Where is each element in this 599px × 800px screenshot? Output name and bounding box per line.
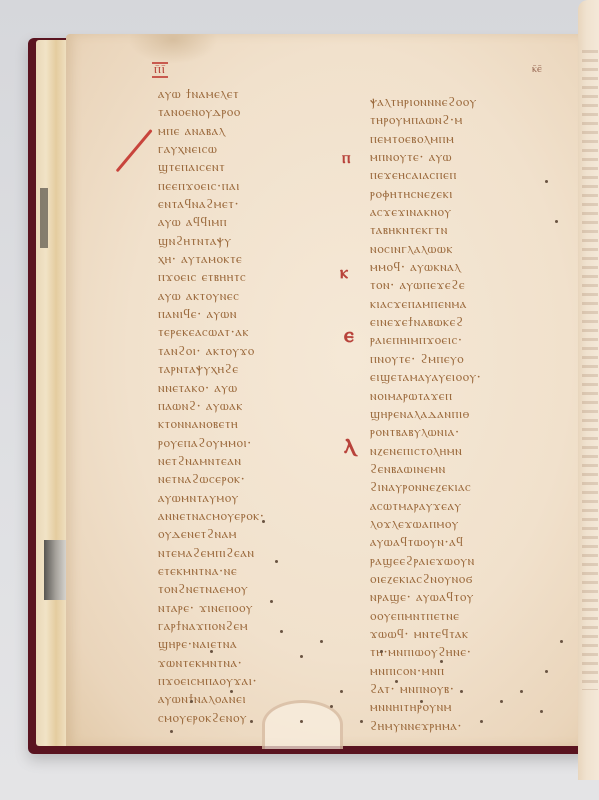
text-line: ⲧⲁⲣⲛⲧⲁⲯⲩⲭⲏϩⲉ bbox=[158, 361, 264, 379]
text-line: ⲛⲟⲥⲓⲛⲅⲗⲁⲗⲱⲱⲕ bbox=[370, 241, 481, 259]
text-line: ⲙⲡⲉ ⲁⲛⲁⲃⲁⲗ bbox=[158, 123, 264, 141]
wormhole-dot bbox=[210, 650, 213, 653]
text-line: ϫⲱⲛⲧⲉⲕⲙⲛⲧⲛⲁ· bbox=[158, 655, 264, 673]
wormhole-dot bbox=[300, 720, 303, 723]
text-line: ϣⲧⲉⲡⲁⲓⲥⲉⲛⲧ bbox=[158, 159, 264, 177]
text-line: ⲣⲟⲫⲏⲧⲏⲥⲛⲉⲍⲉⲕⲓ bbox=[370, 186, 481, 204]
text-line: ϣⲛϩⲏⲧⲛⲧⲁⲯⲩ bbox=[158, 233, 264, 251]
marginal-initial-1: ⲡ bbox=[342, 148, 350, 168]
wormhole-dot bbox=[395, 680, 398, 683]
text-line: ⲟⲟⲩⲉⲡⲙⲛⲧⲡⲉⲧⲛⲉ bbox=[370, 608, 481, 626]
wormhole-dot bbox=[420, 700, 423, 703]
wormhole-dot bbox=[280, 630, 283, 633]
text-line: ⲛⲛⲉⲧⲁⲕⲟ· ⲁⲩⲱ bbox=[158, 380, 264, 398]
text-line: ϩⲏⲙⲩⲛⲛⲉϫⲣⲏⲙⲁ· bbox=[370, 718, 481, 736]
wormhole-dot bbox=[330, 705, 333, 708]
wormhole-dot bbox=[250, 720, 253, 723]
text-line: ϣⲏⲣⲉⲛⲁⲗⲁⲇⲁⲛⲡⲓⲑ bbox=[370, 406, 481, 424]
text-line: ⲗⲟϫⲗⲉϫⲱⲁⲡⲙⲟⲩ bbox=[370, 516, 481, 534]
text-line: ⲡⲉϫⲉⲏⲥⲁⲓⲁⲥⲡⲉⲡ bbox=[370, 167, 481, 185]
wormhole-dot bbox=[320, 640, 323, 643]
wormhole-dot bbox=[360, 720, 363, 723]
text-line: ⲧⲁⲃⲏⲕⲛⲧⲉⲕⲅⲧⲛ bbox=[370, 222, 481, 240]
wormhole-dot bbox=[545, 670, 548, 673]
wormhole-dot bbox=[230, 690, 233, 693]
text-line: ⲛⲣⲁϣⲉ· ⲁⲩⲱⲁϥⲧⲟⲩ bbox=[370, 589, 481, 607]
text-line: ⲟⲩⲇⲉⲛⲉⲧϩⲛⲁⲙ bbox=[158, 526, 264, 544]
text-line: ⲡⲛⲟⲩⲧⲉ· ϩⲙⲡⲉⲩⲟ bbox=[370, 351, 481, 369]
text-line: ϩⲉⲛⲃⲁⲱⲓⲛⲉⲙⲛ bbox=[370, 461, 481, 479]
wormhole-dot bbox=[262, 520, 265, 523]
text-line: ⲛⲟⲓⲙⲁⲣⲱⲧⲁϫⲉⲡ bbox=[370, 388, 481, 406]
text-line: ⲅⲁⲩⲭⲛⲉⲓⲥⲱ bbox=[158, 141, 264, 159]
text-line: ⲣⲟⲛⲧⲃⲁⲃⲩⲗⲱⲛⲓⲁ· bbox=[370, 424, 481, 442]
text-line: ⲁⲥⲱⲧⲙⲁⲣⲁⲩϫⲉⲁⲩ bbox=[370, 498, 481, 516]
text-line: ⲛⲧⲉⲙⲁϩⲉⲙⲡⲓϩⲉⲁⲛ bbox=[158, 545, 264, 563]
marginal-initial-4: ⲗ bbox=[344, 430, 355, 459]
wormhole-dot bbox=[340, 690, 343, 693]
text-line: ⲁⲩⲱ ⲁⲕⲧⲟⲩⲛⲉⲥ bbox=[158, 288, 264, 306]
text-line: ⲁⲩⲱⲁϥⲧⲱⲟⲩⲛ·ⲁϥ bbox=[370, 534, 481, 552]
text-line: ⲁⲩⲱⲙⲛⲧⲁⲩⲙⲟⲩ bbox=[158, 490, 264, 508]
wormhole-dot bbox=[545, 180, 548, 183]
text-line: ϩⲁⲧ· ⲙⲛⲡⲛⲟⲩⲃ· bbox=[370, 681, 481, 699]
text-line: ⲕⲓⲁⲥϫⲉⲡⲁⲙⲡⲉⲛⲙⲁ bbox=[370, 296, 481, 314]
wormhole-dot bbox=[275, 560, 278, 563]
text-line: ⲡⲁⲱⲛϩ· ⲁⲩⲱⲁⲕ bbox=[158, 398, 264, 416]
text-line: ⲧⲁⲛϩⲟⲓ· ⲁⲕⲧⲟⲩϫⲟ bbox=[158, 343, 264, 361]
text-line: ⲣⲟⲩⲉⲡⲁϩⲟⲩⲙⲙⲟⲓ· bbox=[158, 435, 264, 453]
wormhole-dot bbox=[500, 700, 503, 703]
text-line: ⲛⲍⲉⲛⲉⲡⲓⲥⲧⲟⲗⲏⲙⲛ bbox=[370, 443, 481, 461]
wormhole-dot bbox=[270, 600, 273, 603]
text-line: ⲁⲩⲱⲛϯⲛⲁⲗⲟⲁⲛⲉⲓ bbox=[158, 691, 264, 709]
text-line: ϩⲓⲛⲁⲩⲣⲟⲛⲛⲉⲍⲉⲕⲓⲁⲥ bbox=[370, 479, 481, 497]
text-line: ⲙⲙⲟϥ· ⲁⲩⲱⲕⲛⲁⲗ bbox=[370, 259, 481, 277]
facing-page-text bbox=[582, 50, 598, 690]
text-line: ⲁⲩⲱ ⲁϥϥⲓⲙⲡ bbox=[158, 214, 264, 232]
text-line: ⲛⲉⲧϩⲛⲁⲙⲛⲧⲉⲁⲛ bbox=[158, 453, 264, 471]
wormhole-dot bbox=[300, 655, 303, 658]
wormhole-dot bbox=[560, 640, 563, 643]
text-line: ⲕⲧⲟⲛⲛⲁⲛⲟⲃⲉⲧⲏ bbox=[158, 416, 264, 434]
text-line: ⲁⲥϫⲉϫⲓⲛⲁⲕⲛⲟⲩ bbox=[370, 204, 481, 222]
folio-number: ⲡ̄ⲓ̄ bbox=[152, 62, 168, 78]
text-line: ⲧⲟⲛ· ⲁⲩⲱⲡⲉϫⲉϩⲉ bbox=[370, 277, 481, 295]
text-line: ϫⲱⲱϥ· ⲙⲛⲧⲉϥⲧⲁⲕ bbox=[370, 626, 481, 644]
text-line: ⲉⲓⲛⲉϫⲉϯⲛⲁⲃⲱⲕⲉϩ bbox=[370, 314, 481, 332]
wormhole-dot bbox=[190, 700, 193, 703]
text-line: ⲡϫⲟⲉⲓⲥⲙⲡⲁⲟⲩϫⲁⲓ· bbox=[158, 673, 264, 691]
text-line: ⲧⲉⲣⲉⲕⲉⲁⲥⲱⲁⲧ·ⲁⲕ bbox=[158, 324, 264, 342]
text-line: ⲅⲁⲣϯⲛⲁϫⲡⲟⲛϩⲉⲙ bbox=[158, 618, 264, 636]
text-line: ⲙⲛⲛⲏⲓⲧⲏⲣⲟⲩⲛⲙ bbox=[370, 699, 481, 717]
text-line: ⲣⲁϣⲉⲉϩⲣⲁⲓⲉϫⲱⲟⲩⲛ bbox=[370, 553, 481, 571]
wormhole-dot bbox=[170, 730, 173, 733]
text-line: ⲯⲁⲗⲧⲏⲣⲓⲟⲛⲛⲛⲉϩⲟⲟⲩ bbox=[370, 94, 481, 112]
text-line: ⲡϫⲟⲉⲓⲥ ⲉⲧⲃⲏⲏⲧⲥ bbox=[158, 269, 264, 287]
text-line: ⲡⲁⲛⲓϥⲉ· ⲁⲩⲱⲛ bbox=[158, 306, 264, 324]
text-line: ⲙⲡⲛⲟⲩⲧⲉ· ⲁⲩⲱ bbox=[370, 149, 481, 167]
text-line: ⲡⲉⲙⲧⲟⲉⲃⲟⲗⲙⲡⲙ bbox=[370, 131, 481, 149]
text-line: ⲧⲏ·ⲙⲛⲡⲓⲱⲟⲩϩⲏⲛⲉ· bbox=[370, 644, 481, 662]
wormhole-dot bbox=[480, 720, 483, 723]
text-line: ⲣⲁⲓⲉⲡⲏⲓⲙⲡϫⲟⲉⲓⲥ· bbox=[370, 332, 481, 350]
text-column-right: ⲯⲁⲗⲧⲏⲣⲓⲟⲛⲛⲛⲉϩⲟⲟⲩⲧⲏⲣⲟⲩⲙⲡⲁⲱⲛϩ·ⲙⲡⲉⲙⲧⲟⲉⲃⲟⲗⲙⲡ… bbox=[370, 94, 481, 736]
text-line: ⲛⲧⲁⲣⲉ· ϫⲓⲛⲉⲡⲟⲟⲩ bbox=[158, 600, 264, 618]
text-line: ⲁⲛⲛⲉⲧⲛⲁⲥⲙⲟⲩⲉⲣⲟⲕ· bbox=[158, 508, 264, 526]
text-line: ⲟⲓⲉⲍⲉⲕⲓⲁⲥϩⲛⲟⲩⲛⲟϭ bbox=[370, 571, 481, 589]
wormhole-dot bbox=[380, 650, 383, 653]
text-line: ⲙⲛⲡⲓⲥⲟⲛ·ⲙⲛⲡ bbox=[370, 663, 481, 681]
text-line: ⲉⲧⲉⲕⲙⲛⲧⲛⲁ·ⲛⲉ bbox=[158, 563, 264, 581]
wormhole-dot bbox=[540, 710, 543, 713]
text-line: ⲉⲓϣⲉⲧⲁⲙⲁⲩⲁⲩⲉⲓⲟⲟⲩ· bbox=[370, 369, 481, 387]
wormhole-dot bbox=[460, 690, 463, 693]
marginal-initial-3: ⲉ bbox=[344, 322, 354, 348]
text-line: ⲡⲉⲉⲡϫⲟⲉⲓⲥ·ⲡⲁⲓ bbox=[158, 178, 264, 196]
text-line: ⲧⲁⲛⲟⲉⲛⲟⲩⲇⲣⲟⲟ bbox=[158, 104, 264, 122]
text-column-left: ⲁⲩⲱ ϯⲛⲁⲙⲉⲗⲉⲧⲧⲁⲛⲟⲉⲛⲟⲩⲇⲣⲟⲟⲙⲡⲉ ⲁⲛⲁⲃⲁⲗⲅⲁⲩⲭⲛⲉ… bbox=[158, 86, 264, 728]
wormhole-dot bbox=[555, 220, 558, 223]
water-stain-top bbox=[128, 34, 218, 64]
text-line: ⲥⲙⲟⲩⲉⲣⲟⲕϩⲉⲛⲟⲩ bbox=[158, 710, 264, 728]
wormhole-dot bbox=[440, 660, 443, 663]
text-line: ⲧⲟⲛϩⲛⲉⲧⲛⲁⲉⲙⲟⲩ bbox=[158, 581, 264, 599]
marginal-initial-2: ⲕ bbox=[340, 262, 348, 283]
spine-repair-strip bbox=[40, 188, 48, 248]
wormhole-dot bbox=[520, 690, 523, 693]
text-line: ⲁⲩⲱ ϯⲛⲁⲙⲉⲗⲉⲧ bbox=[158, 86, 264, 104]
quire-mark: ⲕ̄ⲉ̄ bbox=[532, 62, 542, 76]
text-line: ⲛⲉⲧⲛⲁϩⲱⲥⲉⲣⲟⲕ· bbox=[158, 471, 264, 489]
text-line: ⲉⲛⲧⲁϥⲛⲁϩⲙⲉⲧ· bbox=[158, 196, 264, 214]
text-line: ⲧⲏⲣⲟⲩⲙⲡⲁⲱⲛϩ·ⲙ bbox=[370, 112, 481, 130]
text-line: ⲭⲏ· ⲁⲩⲧⲁⲙⲟⲕⲧⲉ bbox=[158, 251, 264, 269]
